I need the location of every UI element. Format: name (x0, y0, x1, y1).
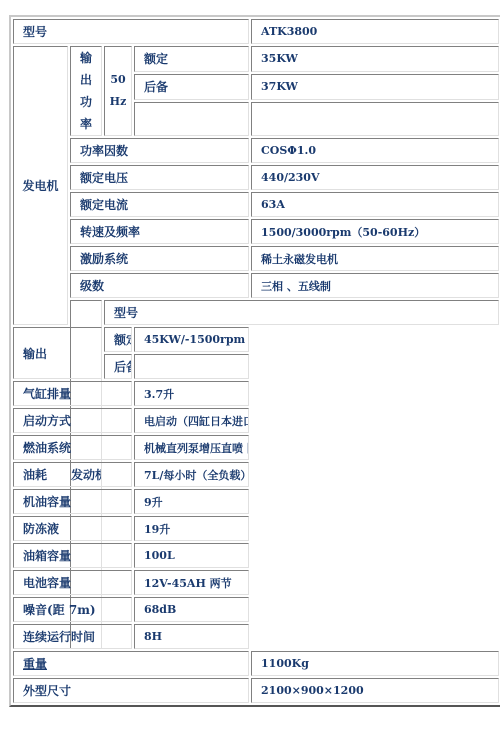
spec-table: 型号 ATK3800 发电机 输 出 功 率 50 Hz 额定 35KW 后备 … (9, 15, 500, 707)
engine-row-label: 燃油系统 (13, 435, 132, 460)
gen-rated-label: 额定 (134, 46, 249, 72)
engine-row-label: 启动方式 (13, 408, 132, 433)
engine-row-value: 8H (134, 624, 249, 649)
engine-row-value: 电启动（四缸日本进口久保田水冷发动机） (134, 408, 249, 433)
table-row: 启动方式 电启动（四缸日本进口久保田水冷发动机） (13, 408, 500, 433)
engine-standby-label: 后备 (104, 354, 132, 379)
gen-row-label: 额定电流 (70, 192, 249, 217)
gen-standby-value: 37KW (251, 74, 499, 100)
output-power-char: 率 (71, 113, 101, 135)
engine-standby-value (134, 354, 249, 379)
engine-rated-value: 45KW/-1500rpm (134, 327, 249, 352)
table-row: 连续运行时间 8H (13, 624, 500, 649)
model-label: 型号 (13, 19, 249, 44)
gen-row-label: 转速及频率 (70, 219, 249, 244)
engine-model-label: 型号 (104, 300, 499, 325)
engine-row-value: 68dB (134, 597, 249, 622)
spec-table-container: 型号 ATK3800 发电机 输 出 功 率 50 Hz 额定 35KW 后备 … (9, 15, 497, 707)
table-row: 机油容量 9升 (13, 489, 500, 514)
engine-row-value: 19升 (134, 516, 249, 541)
weight-label: 重量 (13, 651, 249, 676)
table-row: 电池容量 12V-45AH 两节 (13, 570, 500, 595)
table-row: 激励系统 稀土永磁发电机 (13, 246, 500, 271)
dimensions-value: 2100×900×1200 (251, 678, 499, 703)
gen-row-label: 级数 (70, 273, 249, 298)
gen-standby-label: 后备 (134, 74, 249, 100)
frequency-value: 50 (105, 69, 131, 91)
engine-row-value: 9升 (134, 489, 249, 514)
engine-row-label: 防冻液 (13, 516, 132, 541)
output-power-char: 输 (71, 47, 101, 69)
engine-row-value: 3.7升 (134, 381, 249, 406)
gen-row-value: 1500/3000rpm（50-60Hz） (251, 219, 499, 244)
table-row-engine-rated: 输出 额定 45KW/-1500rpm (13, 327, 500, 352)
engine-row-value: 100L (134, 543, 249, 568)
engine-row-value: 7L/每小时（全负载） (134, 462, 249, 487)
table-row: 防冻液 19升 (13, 516, 500, 541)
table-row: 油箱容量 100L (13, 543, 500, 568)
gen-blank-value (251, 102, 499, 136)
output-power-char: 功 (71, 91, 101, 113)
engine-row-label: 气缸排量 (13, 381, 132, 406)
engine-rated-label: 额定 (104, 327, 132, 352)
generator-group-label: 发电机 (13, 46, 68, 325)
gen-row-label: 激励系统 (70, 246, 249, 271)
engine-row-label: 噪音(距 7m) (13, 597, 132, 622)
engine-row-value: 机械直列泵增压直喷 国三排放 (134, 435, 249, 460)
table-row: 额定电压 440/230V (13, 165, 500, 190)
table-row: 功率因数 COSΦ1.0 (13, 138, 500, 163)
table-row-dimensions: 外型尺寸 2100×900×1200 (13, 678, 500, 703)
output-power-char: 出 (71, 69, 101, 91)
output-power-label: 输 出 功 率 (70, 46, 102, 136)
table-row: 额定电流 63A (13, 192, 500, 217)
table-row: 级数 三相 、五线制 (13, 273, 500, 298)
table-row: 噪音(距 7m) 68dB (13, 597, 500, 622)
gen-row-value: 63A (251, 192, 499, 217)
engine-row-label: 电池容量 (13, 570, 132, 595)
table-row-weight: 重量 1100Kg (13, 651, 500, 676)
weight-value: 1100Kg (251, 651, 499, 676)
gen-row-label: 额定电压 (70, 165, 249, 190)
gen-blank-label (134, 102, 249, 136)
engine-row-label: 机油容量 (13, 489, 132, 514)
gen-row-value: 稀土永磁发电机 (251, 246, 499, 271)
gen-rated-value: 35KW (251, 46, 499, 72)
table-row-engine-model: 发动机 型号 日本久保田 V3300D /T (13, 300, 500, 325)
table-row-gen-rated: 发电机 输 出 功 率 50 Hz 额定 35KW (13, 46, 500, 72)
engine-row-value: 12V-45AH 两节 (134, 570, 249, 595)
gen-row-value: 三相 、五线制 (251, 273, 499, 298)
engine-row-label: 油箱容量 (13, 543, 132, 568)
table-row-model: 型号 ATK3800 (13, 19, 500, 44)
model-value: ATK3800 (251, 19, 499, 44)
engine-row-label: 连续运行时间 (13, 624, 132, 649)
frequency-label: 50 Hz (104, 46, 132, 136)
engine-output-label: 输出 (13, 327, 102, 379)
frequency-unit: Hz (105, 91, 131, 113)
gen-row-value: 440/230V (251, 165, 499, 190)
gen-row-value: COSΦ1.0 (251, 138, 499, 163)
table-row: 燃油系统 机械直列泵增压直喷 国三排放 (13, 435, 500, 460)
table-row: 转速及频率 1500/3000rpm（50-60Hz） (13, 219, 500, 244)
gen-row-label: 功率因数 (70, 138, 249, 163)
table-row: 气缸排量 3.7升 (13, 381, 500, 406)
dimensions-label: 外型尺寸 (13, 678, 249, 703)
